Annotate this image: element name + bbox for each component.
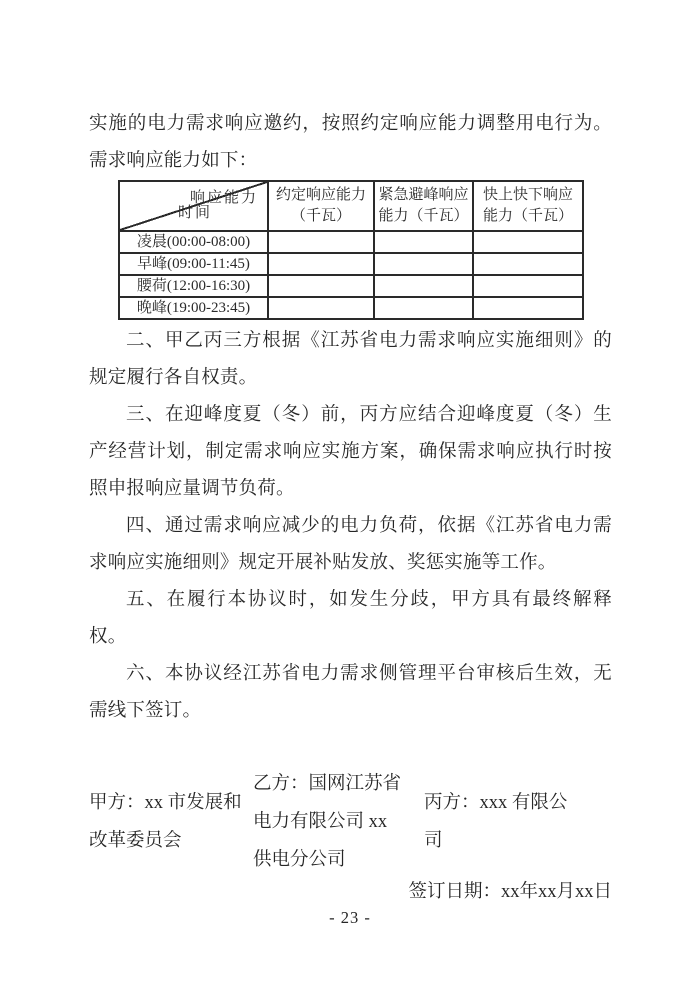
- clause-6: 六、本协议经江苏省电力需求侧管理平台审核后生效，无需线下签订。: [89, 656, 612, 730]
- value-cell: [473, 297, 583, 319]
- value-cell: [473, 275, 583, 297]
- clause-2: 二、甲乙丙三方根据《江苏省电力需求响应实施细则》的规定履行各自权责。: [89, 323, 612, 397]
- table-corner-cell: 响应能力 时间: [119, 181, 268, 231]
- intro-paragraph: 实施的电力需求响应邀约，按照约定响应能力调整用电行为。需求响应能力如下：: [89, 106, 612, 180]
- party-a-signature: 甲方：xx 市发展和 改革委员会: [89, 784, 253, 860]
- demand-response-capacity-table: 响应能力 时间 约定响应能力 （千瓦） 紧急避峰响应 能力（千瓦） 快上快下响应…: [118, 180, 584, 320]
- header-emergency-peak-capacity: 紧急避峰响应 能力（千瓦）: [374, 181, 473, 231]
- clause-5: 五、在履行本协议时，如发生分歧，甲方具有最终解释权。: [89, 582, 612, 656]
- signature-block: 甲方：xx 市发展和 改革委员会 乙方：国网江苏省 电力有限公司 xx 供电分公…: [89, 765, 612, 879]
- value-cell: [268, 253, 374, 275]
- time-slot-cell: 晚峰(19:00-23:45): [119, 297, 268, 319]
- party-b-line: 电力有限公司 xx: [253, 803, 415, 841]
- page-number: - 23 -: [0, 908, 700, 928]
- header-line: 快上快下响应: [474, 185, 582, 206]
- party-c-line: 丙方：xxx 有限公: [424, 784, 594, 822]
- time-slot-cell: 早峰(09:00-11:45): [119, 253, 268, 275]
- value-cell: [374, 275, 473, 297]
- value-cell: [268, 297, 374, 319]
- party-b-line: 供电分公司: [253, 841, 415, 879]
- header-line: 能力（千瓦）: [474, 206, 582, 227]
- party-a-line: 甲方：xx 市发展和: [89, 784, 253, 822]
- header-line: （千瓦）: [269, 206, 373, 227]
- party-c-line: 司: [424, 822, 594, 860]
- party-b-signature: 乙方：国网江苏省 电力有限公司 xx 供电分公司: [253, 765, 415, 879]
- page-content: 实施的电力需求响应邀约，按照约定响应能力调整用电行为。需求响应能力如下： 响应能…: [89, 106, 612, 911]
- header-line: 约定响应能力: [269, 185, 373, 206]
- header-line: 能力（千瓦）: [375, 206, 472, 227]
- table-row: 腰荷(12:00-16:30): [119, 275, 583, 297]
- clauses-section: 二、甲乙丙三方根据《江苏省电力需求响应实施细则》的规定履行各自权责。 三、在迎峰…: [89, 323, 612, 730]
- value-cell: [473, 231, 583, 253]
- party-b-line: 乙方：国网江苏省: [253, 765, 415, 803]
- time-slot-cell: 腰荷(12:00-16:30): [119, 275, 268, 297]
- clause-3: 三、在迎峰度夏（冬）前，丙方应结合迎峰度夏（冬）生产经营计划，制定需求响应实施方…: [89, 397, 612, 508]
- value-cell: [268, 275, 374, 297]
- table-row: 晚峰(19:00-23:45): [119, 297, 583, 319]
- table-header-row: 响应能力 时间 约定响应能力 （千瓦） 紧急避峰响应 能力（千瓦） 快上快下响应…: [119, 181, 583, 231]
- value-cell: [268, 231, 374, 253]
- party-a-line: 改革委员会: [89, 822, 253, 860]
- corner-label-time: 时间: [178, 203, 212, 224]
- table-row: 早峰(09:00-11:45): [119, 253, 583, 275]
- document-page: 实施的电力需求响应邀约，按照约定响应能力调整用电行为。需求响应能力如下： 响应能…: [0, 0, 700, 990]
- value-cell: [473, 253, 583, 275]
- clause-4: 四、通过需求响应减少的电力负荷，依据《江苏省电力需求响应实施细则》规定开展补贴发…: [89, 508, 612, 582]
- header-line: 紧急避峰响应: [375, 185, 472, 206]
- value-cell: [374, 297, 473, 319]
- table-row: 凌晨(00:00-08:00): [119, 231, 583, 253]
- header-contracted-capacity: 约定响应能力 （千瓦）: [268, 181, 374, 231]
- value-cell: [374, 231, 473, 253]
- value-cell: [374, 253, 473, 275]
- time-slot-cell: 凌晨(00:00-08:00): [119, 231, 268, 253]
- party-c-signature: 丙方：xxx 有限公 司: [424, 784, 594, 860]
- header-fast-updown-capacity: 快上快下响应 能力（千瓦）: [473, 181, 583, 231]
